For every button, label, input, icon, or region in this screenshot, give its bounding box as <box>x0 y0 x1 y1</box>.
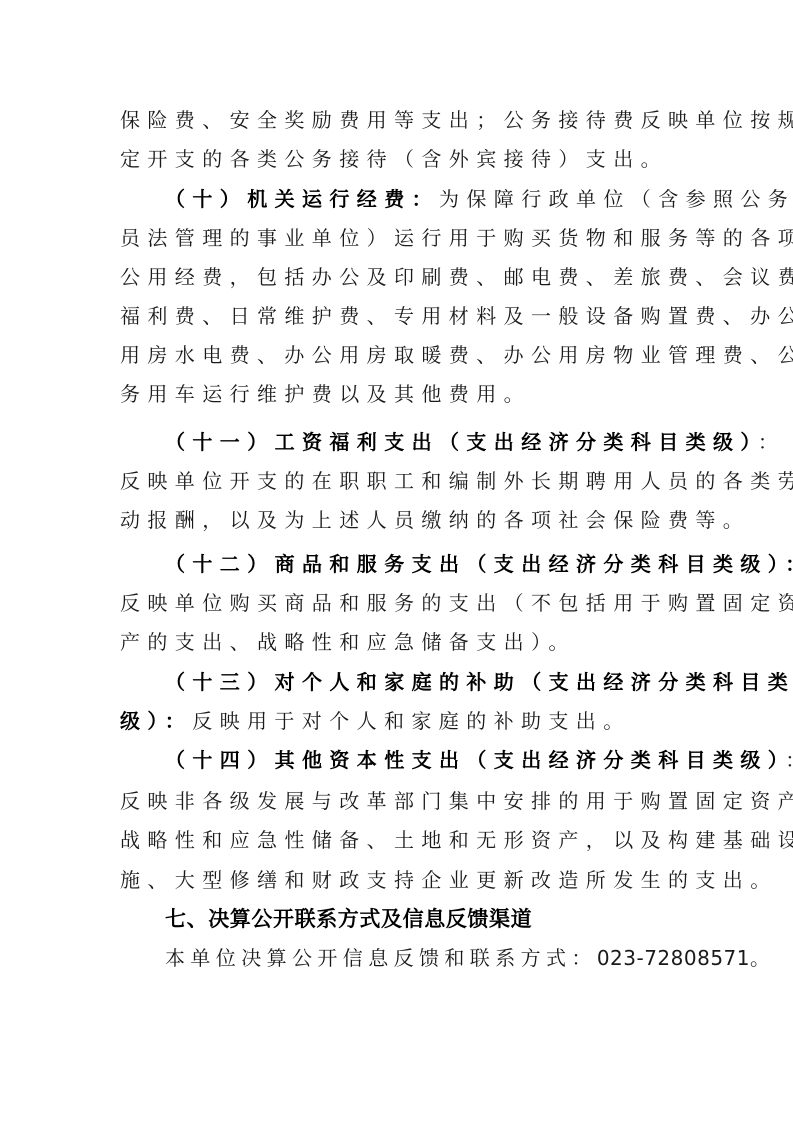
line-text: 反映单位购买商品和服务的支出（不包括用于购置固定资 <box>120 591 793 615</box>
line-text: 福利费、日常维护费、专用材料及一般设备购置费、办公 <box>120 304 793 328</box>
line-text: 施、大型修缮和财政支持企业更新改造所发生的支出。 <box>120 868 778 892</box>
paragraph-line: 用房水电费、办公用房取暖费、办公用房物业管理费、公 <box>120 340 720 370</box>
paragraph-line: 福利费、日常维护费、专用材料及一般设备购置费、办公 <box>120 301 720 331</box>
document-page: 保险费、安全奖励费用等支出；公务接待费反映单位按规 定开支的各类公务接待（含外宾… <box>0 0 793 1122</box>
paragraph-line: 定开支的各类公务接待（含外宾接待）支出。 <box>120 144 720 174</box>
line-text: 为保障行政单位（含参照公务 <box>439 187 793 211</box>
item-10-heading-line: （十）机关运行经费：为保障行政单位（含参照公务 <box>165 184 765 214</box>
section-7-heading: 七、决算公开联系方式及信息反馈渠道 <box>165 904 765 934</box>
line-text: 定开支的各类公务接待（含外宾接待）支出。 <box>120 147 668 171</box>
item-12-title: （十二）商品和服务支出（支出经济分类科目类级）： <box>165 552 793 576</box>
paragraph-line: 保险费、安全奖励费用等支出；公务接待费反映单位按规 <box>120 105 720 135</box>
line-text: 动报酬，以及为上述人员缴纳的各项社会保险费等。 <box>120 508 750 532</box>
paragraph-line: 反映单位开支的在职职工和编制外长期聘用人员的各类劳 <box>120 466 720 496</box>
line-text: 反映非各级发展与改革部门集中安排的用于购置固定资产、 <box>120 789 793 813</box>
item-11-heading-line: （十一）工资福利支出（支出经济分类科目类级）： <box>165 427 765 457</box>
line-text: 务用车运行维护费以及其他费用。 <box>120 382 531 406</box>
line-text: 员法管理的事业单位）运行用于购买货物和服务等的各项 <box>120 226 793 250</box>
item-10-title: （十）机关运行经费： <box>165 187 439 211</box>
paragraph-line: 公用经费，包括办公及印刷费、邮电费、差旅费、会议费、 <box>120 262 720 292</box>
item-13-heading-line: （十三）对个人和家庭的补助（支出经济分类科目类 <box>165 667 765 697</box>
item-14-title: （十四）其他资本性支出（支出经济分类科目类级） <box>165 748 785 772</box>
paragraph-line: 员法管理的事业单位）运行用于购买货物和服务等的各项 <box>120 223 720 253</box>
contact-end: 。 <box>750 946 775 970</box>
paragraph-line: 反映非各级发展与改革部门集中安排的用于购置固定资产、 <box>120 786 720 816</box>
contact-label: 本单位决算公开信息反馈和联系方式： <box>165 946 597 970</box>
paragraph-line: 产的支出、战略性和应急储备支出）。 <box>120 627 720 657</box>
contact-phone: 023-72808571 <box>597 946 750 970</box>
paragraph-line: 反映单位购买商品和服务的支出（不包括用于购置固定资 <box>120 588 720 618</box>
item-12-heading-line: （十二）商品和服务支出（支出经济分类科目类级）： <box>165 549 765 579</box>
paragraph-line: 动报酬，以及为上述人员缴纳的各项社会保险费等。 <box>120 505 720 535</box>
line-text: ： <box>758 430 785 454</box>
item-13-title-cont: 级）： <box>120 709 192 733</box>
paragraph-line: 级）：反映用于对个人和家庭的补助支出。 <box>120 706 720 736</box>
item-14-heading-line: （十四）其他资本性支出（支出经济分类科目类级）： <box>165 745 765 775</box>
paragraph-line: 务用车运行维护费以及其他费用。 <box>120 379 720 409</box>
line-text: 战略性和应急性储备、土地和无形资产，以及构建基础设 <box>120 828 793 852</box>
paragraph-line: 施、大型修缮和财政支持企业更新改造所发生的支出。 <box>120 865 720 895</box>
line-text: 反映单位开支的在职职工和编制外长期聘用人员的各类劳 <box>120 469 793 493</box>
item-11-title: （十一）工资福利支出（支出经济分类科目类级） <box>165 430 758 454</box>
line-text: 用房水电费、办公用房取暖费、办公用房物业管理费、公 <box>120 343 793 367</box>
item-13-title: （十三）对个人和家庭的补助（支出经济分类科目类 <box>165 670 793 694</box>
line-text: 产的支出、战略性和应急储备支出）。 <box>120 630 576 654</box>
line-text: 保险费、安全奖励费用等支出；公务接待费反映单位按规 <box>120 108 793 132</box>
contact-line: 本单位决算公开信息反馈和联系方式：023-72808571。 <box>165 943 765 973</box>
line-text: 公用经费，包括办公及印刷费、邮电费、差旅费、会议费、 <box>120 265 793 289</box>
line-text: ： <box>785 748 793 772</box>
paragraph-line: 战略性和应急性储备、土地和无形资产，以及构建基础设 <box>120 825 720 855</box>
line-text: 反映用于对个人和家庭的补助支出。 <box>192 709 630 733</box>
